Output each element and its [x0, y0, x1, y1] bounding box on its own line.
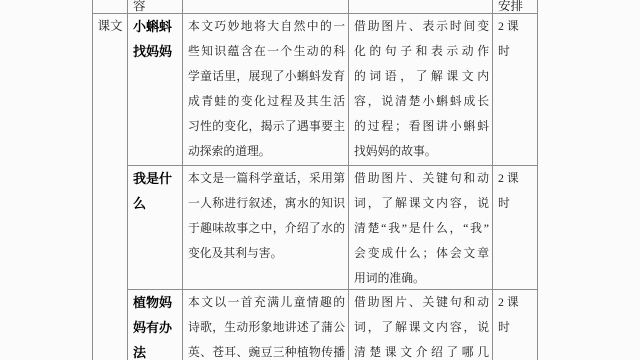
text-line: 妈有办: [133, 315, 180, 340]
objectives-cell: 借助图片、关键句和动词，了解课文内容，说清楚“我”是什么，“我”会变成什么；体会…: [349, 166, 493, 290]
category-cell: 课文: [93, 14, 128, 360]
text-line: 时: [498, 39, 535, 64]
text-line: 习性的变化，揭示了遇事要主: [188, 114, 345, 139]
text-line: 找妈妈: [133, 39, 180, 64]
text-line: 词，了解课文内容，说: [354, 315, 489, 340]
text-line: 本文巧妙地将大自然中的一: [188, 14, 345, 39]
text-line: 借助图片、关键句和动: [354, 166, 489, 191]
header-content-partial-label: 容: [128, 0, 182, 13]
text-line: 变化及其利与害。: [188, 241, 345, 266]
hours-cell: 2 课时: [493, 166, 538, 290]
text-line: 借助图片、表示时间变: [354, 14, 489, 39]
text-line: 时: [498, 191, 535, 216]
header-schedule-partial-label: 安排: [493, 0, 537, 13]
header-cell-content: 容: [128, 0, 183, 14]
text-line: 的过程；看图讲小蝌蚪: [354, 114, 489, 139]
summary-cell: 本文是一篇科学童话，采用第一人称进行叙述，寓水的知识于趣味故事之中，介绍了水的变…: [183, 166, 349, 290]
text-line: 清楚课文介绍了哪几: [354, 340, 489, 360]
text-line: 2 课: [498, 14, 535, 39]
summary-cell: 本文巧妙地将大自然中的一些知识蕴含在一个生动的科学童话里，展现了小蝌蚪发育成青蛙…: [183, 14, 349, 166]
lesson-plan-table: 容 安排 课文 小蝌蚪找妈妈 本文巧妙地将大自然中的一些知识蕴含在一个生动的科学…: [92, 0, 538, 360]
text-line: 本文是一篇科学童话，采用第: [188, 166, 345, 191]
text-line: 清楚“我”是什么，“我”: [354, 216, 489, 241]
text-line: 英、苍耳、豌豆三种植物传播: [188, 340, 345, 360]
text-line: 一人称进行叙述，寓水的知识: [188, 191, 345, 216]
text-line: 借助图片、关键句和动: [354, 290, 489, 315]
text-line: 会变成什么；体会文章: [354, 241, 489, 266]
text-line: 诗歌，生动形象地讲述了蒲公: [188, 315, 345, 340]
text-line: 么: [133, 191, 180, 216]
header-cell-objectives: [349, 0, 493, 14]
text-line: 动探索的道理。: [188, 139, 345, 164]
text-line: 用词的准确。: [354, 266, 489, 290]
text-line: 2 课: [498, 166, 535, 191]
hours-cell: 2 课时: [493, 14, 538, 166]
text-line: 2 课: [498, 290, 535, 315]
objectives-cell: 借助图片、关键句和动词，了解课文内容，说清楚课文介绍了哪几: [349, 290, 493, 360]
text-line: 化的句子和表示动作: [354, 39, 489, 64]
text-line: 学童话里，展现了小蝌蚪发育: [188, 64, 345, 89]
header-cell-category: [93, 0, 128, 14]
lesson-title-cell: 小蝌蚪找妈妈: [128, 14, 183, 166]
category-label: 课文: [93, 14, 127, 39]
objectives-cell: 借助图片、表示时间变化的句子和表示动作的词语，了解课文内容，说清楚小蝌蚪成长的过…: [349, 14, 493, 166]
text-line: 植物妈: [133, 290, 180, 315]
text-line: 成青蛙的变化过程及其生活: [188, 89, 345, 114]
text-line: 容，说清楚小蝌蚪成长: [354, 89, 489, 114]
text-line: 些知识蕴含在一个生动的科: [188, 39, 345, 64]
text-line: 的词语，了解课文内: [354, 64, 489, 89]
header-cell-summary: [183, 0, 349, 14]
text-line: 本文以一首充满儿童情趣的: [188, 290, 345, 315]
lesson-title-cell: 我是什么: [128, 166, 183, 290]
text-line: 法: [133, 340, 180, 360]
text-line: 词，了解课文内容，说: [354, 191, 489, 216]
header-cell-schedule: 安排: [493, 0, 538, 14]
text-line: 于趣味故事之中，介绍了水的: [188, 216, 345, 241]
text-line: 找妈妈的故事。: [354, 139, 489, 164]
text-line: 我是什: [133, 166, 180, 191]
summary-cell: 本文以一首充满儿童情趣的诗歌，生动形象地讲述了蒲公英、苍耳、豌豆三种植物传播: [183, 290, 349, 360]
document-page: 容 安排 课文 小蝌蚪找妈妈 本文巧妙地将大自然中的一些知识蕴含在一个生动的科学…: [0, 0, 640, 360]
lesson-title-cell: 植物妈妈有办法: [128, 290, 183, 360]
text-line: 小蝌蚪: [133, 14, 180, 39]
text-line: 时: [498, 315, 535, 340]
hours-cell: 2 课时: [493, 290, 538, 360]
